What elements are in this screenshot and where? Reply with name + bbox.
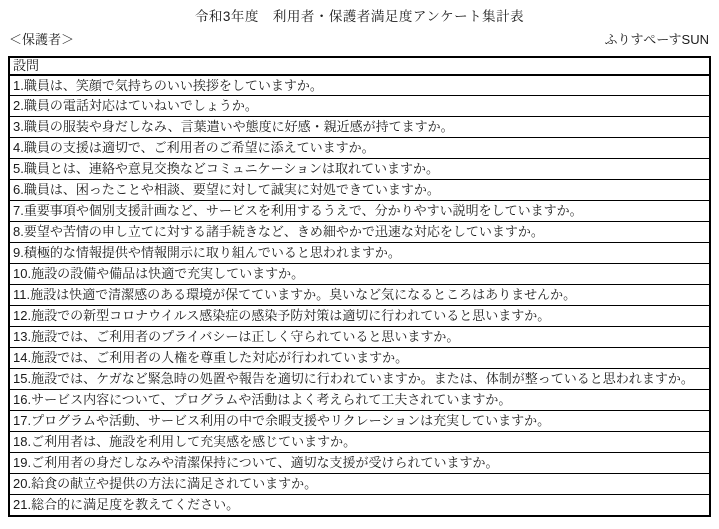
table-row: 15.施設では、ケガなど緊急時の処置や報告を適切に行われていますか。または、体制… [10,368,709,389]
table-row: 21.総合的に満足度を教えてください。 [10,494,709,515]
table-row: 1.職員は、笑顔で気持ちのいい挨拶をしていますか。 [10,74,709,95]
table-row: 7.重要事項や個別支援計画など、サービスを利用するうえで、分かりやすい説明をして… [10,200,709,221]
question-table: 設問 1.職員は、笑顔で気持ちのいい挨拶をしていますか。 2.職員の電話対応はて… [8,56,711,517]
table-row: 9.積極的な情報提供や情報開示に取り組んでいると思われますか。 [10,242,709,263]
table-row: 11.施設は快適で清潔感のある環境が保てていますか。臭いなど気になるところはあり… [10,284,709,305]
table-row: 14.施設では、ご利用者の人権を尊重した対応が行われていますか。 [10,347,709,368]
table-row: 8.要望や苦情の申し立てに対する諸手続きなど、きめ細やかで迅速な対応をしています… [10,221,709,242]
table-row: 13.施設では、ご利用者のプライバシーは正しく守られていると思いますか。 [10,326,709,347]
table-row: 6.職員は、困ったことや相談、要望に対して誠実に対処できていますか。 [10,179,709,200]
table-row: 20.給食の献立や提供の方法に満足されていますか。 [10,473,709,494]
table-row: 4.職員の支援は適切で、ご利用者のご希望に添えていますか。 [10,137,709,158]
table-header-questions: 設問 [10,58,709,74]
table-row: 18.ご利用者は、施設を利用して充実感を感じていますか。 [10,431,709,452]
facility-name: ふりすぺーすSUN [604,32,709,48]
table-row: 3.職員の服装や身だしなみ、言葉遣いや態度に好感・親近感が持てますか。 [10,116,709,137]
document-page: 令和3年度 利用者・保護者満足度アンケート集計表 ＜保護者＞ ふりすぺーすSUN… [0,0,719,517]
table-row: 19.ご利用者の身だしなみや清潔保持について、適切な支援が受けられていますか。 [10,452,709,473]
table-row: 12.施設での新型コロナウイルス感染症の感染予防対策は適切に行われていると思いま… [10,305,709,326]
table-row: 10.施設の設備や備品は快適で充実していますか。 [10,263,709,284]
table-row: 16.サービス内容について、プログラムや活動はよく考えられて工夫されていますか。 [10,389,709,410]
group-label: ＜保護者＞ [9,32,74,48]
subheader: ＜保護者＞ ふりすぺーすSUN [9,32,709,48]
page-title: 令和3年度 利用者・保護者満足度アンケート集計表 [0,0,719,25]
table-row: 5.職員とは、連絡や意見交換などコミュニケーションは取れていますか。 [10,158,709,179]
table-row: 2.職員の電話対応はていねいでしょうか。 [10,95,709,116]
table-row: 17.プログラムや活動、サービス利用の中で余暇支援やリクレーションは充実していま… [10,410,709,431]
